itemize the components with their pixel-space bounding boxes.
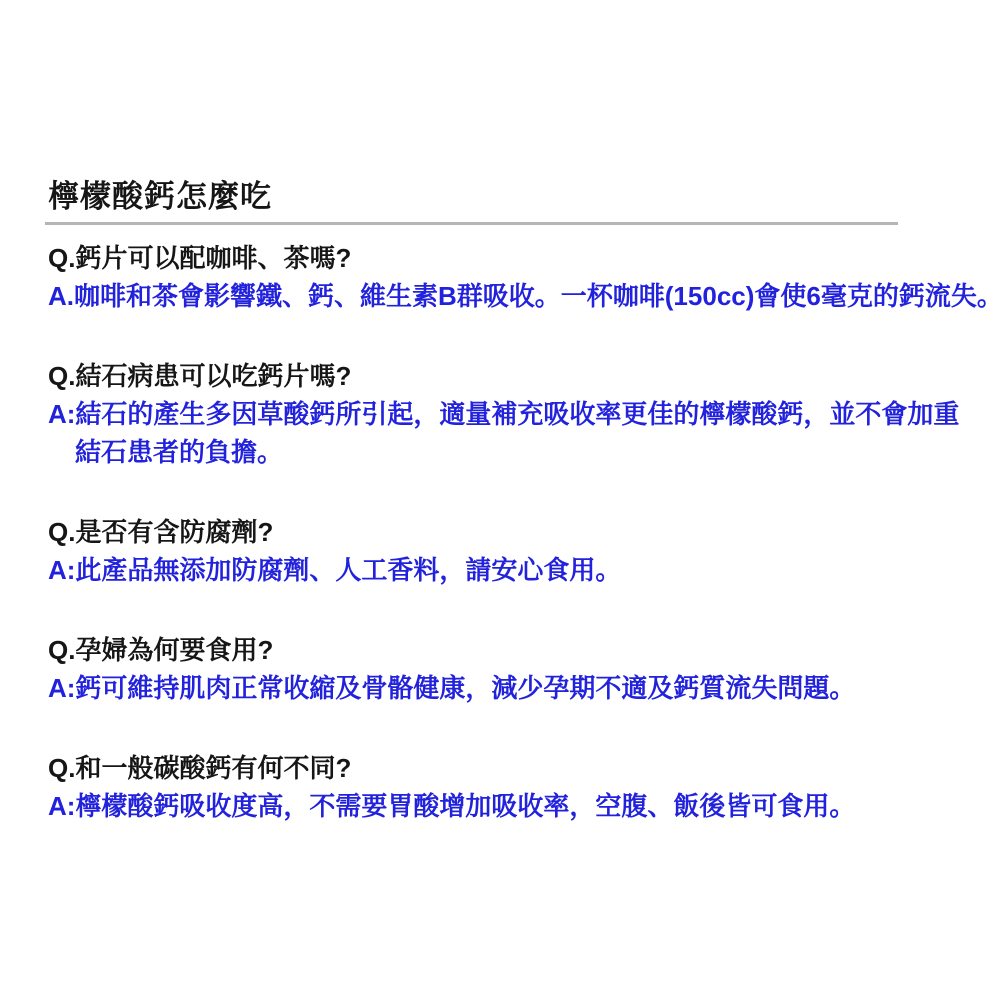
- answer-text-continued: 結石患者的負擔。: [48, 433, 980, 471]
- qa-item-kidney-stones: Q.結石病患可以吃鈣片嗎? A:結石的產生多因草酸鈣所引起，適量補充吸收率更佳的…: [48, 357, 980, 471]
- qa-item-pregnancy: Q.孕婦為何要食用? A:鈣可維持肌肉正常收縮及骨骼健康，減少孕期不適及鈣質流失…: [48, 631, 980, 707]
- faq-list: Q.鈣片可以配咖啡、茶嗎? A.咖啡和茶會影響鐵、鈣、維生素B群吸收。一杯咖啡(…: [48, 239, 980, 825]
- answer-text: A.咖啡和茶會影響鐵、鈣、維生素B群吸收。一杯咖啡(150cc)會使6毫克的鈣流…: [48, 277, 980, 315]
- qa-item-coffee-tea: Q.鈣片可以配咖啡、茶嗎? A.咖啡和茶會影響鐵、鈣、維生素B群吸收。一杯咖啡(…: [48, 239, 980, 315]
- qa-item-vs-carbonate: Q.和一般碳酸鈣有何不同? A:檸檬酸鈣吸收度高，不需要胃酸增加吸收率，空腹、飯…: [48, 749, 980, 825]
- faq-content: 檸檬酸鈣怎麼吃 Q.鈣片可以配咖啡、茶嗎? A.咖啡和茶會影響鐵、鈣、維生素B群…: [0, 0, 1000, 825]
- question-text: Q.鈣片可以配咖啡、茶嗎?: [48, 239, 980, 277]
- answer-text: A:結石的產生多因草酸鈣所引起，適量補充吸收率更佳的檸檬酸鈣，並不會加重: [48, 395, 980, 433]
- faq-page: 檸檬酸鈣怎麼吃 Q.鈣片可以配咖啡、茶嗎? A.咖啡和茶會影響鐵、鈣、維生素B群…: [0, 0, 1000, 1000]
- answer-text: A:此產品無添加防腐劑、人工香料，請安心食用。: [48, 551, 980, 589]
- qa-item-preservatives: Q.是否有含防腐劑? A:此產品無添加防腐劑、人工香料，請安心食用。: [48, 513, 980, 589]
- answer-text: A:檸檬酸鈣吸收度高，不需要胃酸增加吸收率，空腹、飯後皆可食用。: [48, 787, 980, 825]
- answer-text: A:鈣可維持肌肉正常收縮及骨骼健康，減少孕期不適及鈣質流失問題。: [48, 669, 980, 707]
- question-text: Q.孕婦為何要食用?: [48, 631, 980, 669]
- question-text: Q.結石病患可以吃鈣片嗎?: [48, 357, 980, 395]
- question-text: Q.是否有含防腐劑?: [48, 513, 980, 551]
- page-title: 檸檬酸鈣怎麼吃: [48, 182, 980, 212]
- title-underline: [45, 222, 898, 225]
- question-text: Q.和一般碳酸鈣有何不同?: [48, 749, 980, 787]
